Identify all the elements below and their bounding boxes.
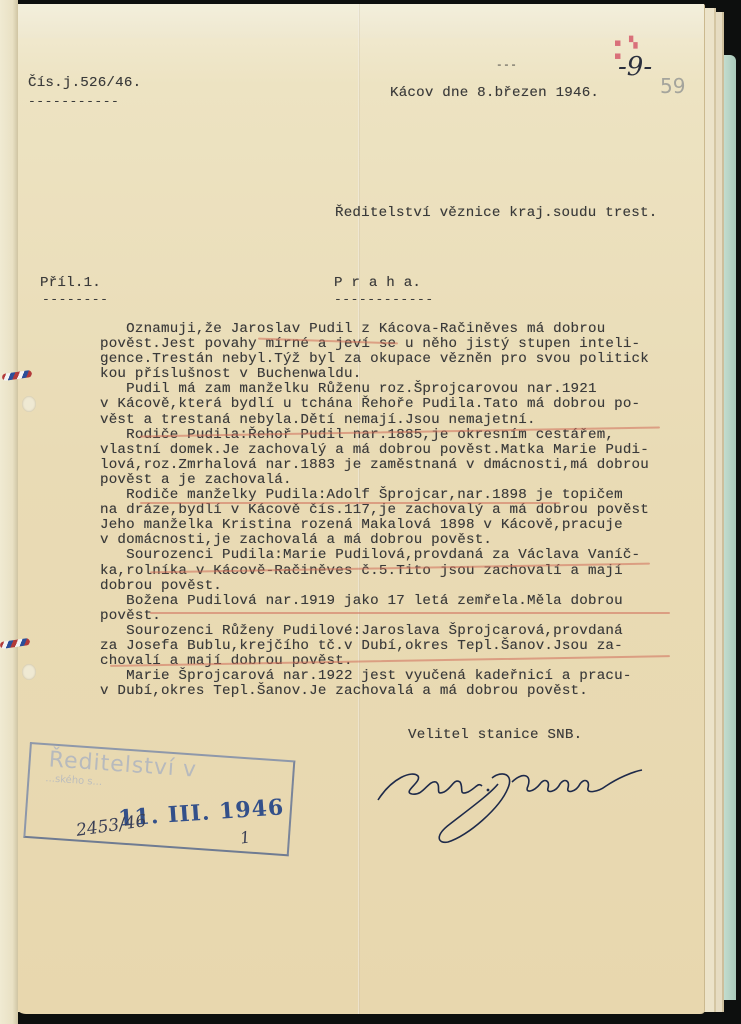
body-line: pověst.Jest povahy mírné a jeví se u něh…	[100, 337, 649, 352]
attachment-underline: --------	[42, 292, 108, 307]
body-line: Sourozenci Růženy Pudilové:Jaroslava Špr…	[100, 624, 649, 639]
reference-number: Čís.j.526/46.	[28, 76, 141, 91]
red-ink-mark: ▪ ▚ ▪	[614, 36, 654, 48]
body-line: pověst a je zachovalá.	[100, 473, 649, 488]
red-underline	[150, 612, 670, 614]
red-underline	[140, 502, 560, 504]
recipient-city: P r a h a.	[334, 276, 421, 291]
date-mark: ---	[496, 60, 517, 72]
body-line: za Josefa Bublu,krejčího tč.v Dubí,okres…	[100, 639, 649, 654]
handwritten-signature	[372, 748, 652, 853]
body-line: vlastní domek.Je zachovalý a má dobrou p…	[100, 443, 649, 458]
handwritten-page-number: -9-	[618, 52, 652, 82]
signatory-title: Velitel stanice SNB.	[408, 728, 582, 743]
body-line: Oznamuji,že Jaroslav Pudil z Kácova-Rači…	[100, 322, 649, 337]
body-line: Božena Pudilová nar.1919 jako 17 letá ze…	[100, 594, 649, 609]
attachment-label: Příl.1.	[40, 276, 101, 291]
body-line: Sourozenci Pudila:Marie Pudilová,provdan…	[100, 548, 649, 563]
city-underline: ------------	[334, 292, 434, 307]
body-line: věst a trestaná nebyla.Dětí nemají.Jsou …	[100, 413, 649, 428]
left-binding-edge	[0, 0, 18, 1024]
place-date: Kácov dne 8.březen 1946.	[390, 86, 599, 101]
body-line: v Dubí,okres Tepl.Šanov.Je zachovalá a m…	[100, 684, 649, 699]
body-line: Marie Šprojcarová nar.1922 jest vyučená …	[100, 669, 649, 684]
body-line: Rodiče manželky Pudila:Adolf Šprojcar,na…	[100, 488, 649, 503]
scanned-document: ▪ ▚ ▪ Čís.j.526/46. ----------- Kácov dn…	[0, 0, 741, 1024]
punch-hole	[22, 396, 36, 412]
body-line: dobrou pověst.	[100, 579, 649, 594]
pencil-folio-number: 59	[660, 74, 685, 98]
body-line: v Kácově,která bydlí u tchána Řehoře Pud…	[100, 397, 649, 412]
body-line: lová,roz.Zmrhalová nar.1883 je zaměstnan…	[100, 458, 649, 473]
reference-underline: -----------	[28, 94, 119, 109]
punch-hole	[22, 664, 36, 680]
body-line: na dráze,bydlí v Kácově čís.117,je zacho…	[100, 503, 649, 518]
letter-body: Oznamuji,že Jaroslav Pudil z Kácova-Rači…	[100, 322, 649, 699]
recipient-line: Ředitelství věznice kraj.soudu trest.	[335, 206, 657, 221]
